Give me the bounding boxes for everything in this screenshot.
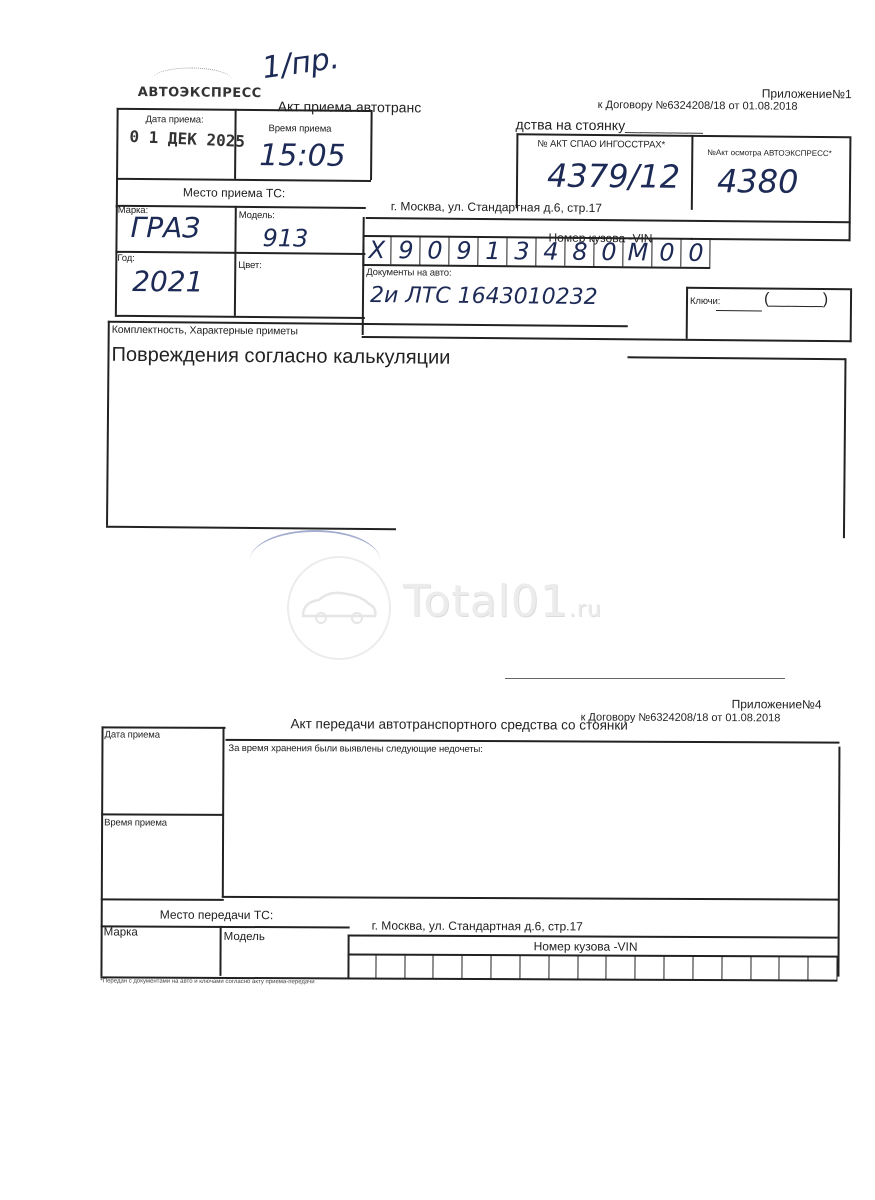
acceptance-act-form: Приложение№1 к Договору №6324208/18 от 0… (3, 0, 875, 3)
watermark: Total01.ru (285, 548, 615, 668)
place-label: Место приема ТС: (183, 185, 285, 200)
vin-char: 0 (681, 239, 710, 267)
form2-footnote: *Передан с документами на авто и ключами… (100, 978, 314, 985)
watermark-text: Total01.ru (403, 576, 602, 627)
vin-char: 0 (420, 236, 449, 264)
form2-appendix: Приложение№4 (732, 697, 822, 711)
vin-char: 3 (507, 237, 536, 265)
form1-title-left: Акт приема автотранс (278, 98, 422, 115)
vin-char: 0 (652, 239, 681, 267)
car-icon (299, 588, 379, 628)
vin-cell (376, 955, 405, 979)
vin-cell (693, 956, 722, 980)
date-label: Дата приема: (146, 114, 204, 126)
color-label: Цвет: (238, 260, 262, 271)
vin-boxes: X90913480M00 (362, 236, 710, 267)
vin-char: 9 (391, 236, 420, 264)
akt-spao-label: № АКТ СПАО ИНГОССТРАХ* (537, 138, 665, 150)
form2-model-label: Модель (224, 931, 265, 943)
vin-char: X (362, 236, 391, 264)
defects-label: За время хранения были выявлены следующи… (228, 743, 482, 755)
completeness-label: Комплектность, Характерные приметы (112, 324, 298, 338)
vin-cell (751, 956, 780, 980)
form2-date-label: Дата приема (104, 729, 159, 740)
completeness-value: Повреждения согласно калькуляции (111, 344, 450, 370)
handwritten-note: 1/пр. (260, 41, 342, 86)
date-stamp: 0 1 ДЕК 2025 (129, 127, 245, 151)
form2-title: Акт передачи автотранспортного средства … (291, 716, 628, 732)
year-label: Год: (117, 253, 134, 264)
vin-char: M (623, 238, 652, 266)
keys-label: Ключи: (690, 296, 720, 307)
brand-value: ГРАЗ (130, 211, 200, 245)
vin-char: 8 (565, 238, 594, 266)
vin-cell (492, 955, 521, 979)
akt-osmotr-label: №Акт осмотра АВТОЭКСПРЕСС* (707, 148, 832, 158)
form2-brand-label: Марка (104, 926, 138, 938)
vin-cell (722, 956, 751, 980)
vin-cell (780, 956, 809, 980)
vin-cell (549, 955, 578, 979)
vin-cell (405, 955, 434, 979)
year-value: 2021 (132, 265, 204, 299)
time-value: 15:05 (259, 138, 346, 174)
vin-cell (578, 955, 607, 979)
vin-cell (434, 955, 463, 979)
vin-cell (520, 955, 549, 979)
akt-spao-value: 4379/12 (547, 157, 680, 196)
form2-time-label: Время приема (104, 817, 167, 828)
model-value: 913 (262, 224, 308, 252)
vin-char: 4 (536, 237, 565, 265)
vin-cell (607, 956, 636, 980)
time-label: Время приема (268, 123, 331, 135)
vin-cell (347, 954, 376, 978)
vin-char: 0 (594, 238, 623, 266)
form1-contract: к Договору №6324208/18 от 01.08.2018 (598, 99, 798, 113)
vin-cell (636, 956, 665, 980)
vin-cell (664, 956, 693, 980)
form2-vin-label: Номер кузова -VIN (534, 939, 638, 953)
docs-value: 2и ЛТС 1643010232 (370, 283, 598, 310)
avtoexpress-logo: АВТОЭКСПРЕСС (138, 67, 248, 108)
vin-char: 9 (449, 237, 478, 265)
docs-label: Документы на авто: (366, 267, 451, 279)
vin-cell (463, 955, 492, 979)
release-act-form: Приложение№4 к Договору №6324208/18 от 0… (4, 0, 875, 2)
form1-appendix: Приложение№1 (762, 86, 852, 101)
akt-osmotr-value: 4380 (717, 162, 799, 201)
form1-title-right: дства на стоянку__________ (515, 116, 703, 134)
vin-char: 1 (478, 237, 507, 265)
form2-place-label: Место передачи ТС: (160, 908, 274, 922)
keys-value: (______) (764, 290, 828, 309)
form2-place-value: г. Москва, ул. Стандартная д.6, стр.17 (372, 919, 583, 934)
place-value: г. Москва, ул. Стандартная д.6, стр.17 (391, 199, 602, 215)
form2-vin-boxes (347, 954, 837, 980)
vin-cell (809, 956, 838, 980)
model-label: Модель: (239, 210, 275, 221)
